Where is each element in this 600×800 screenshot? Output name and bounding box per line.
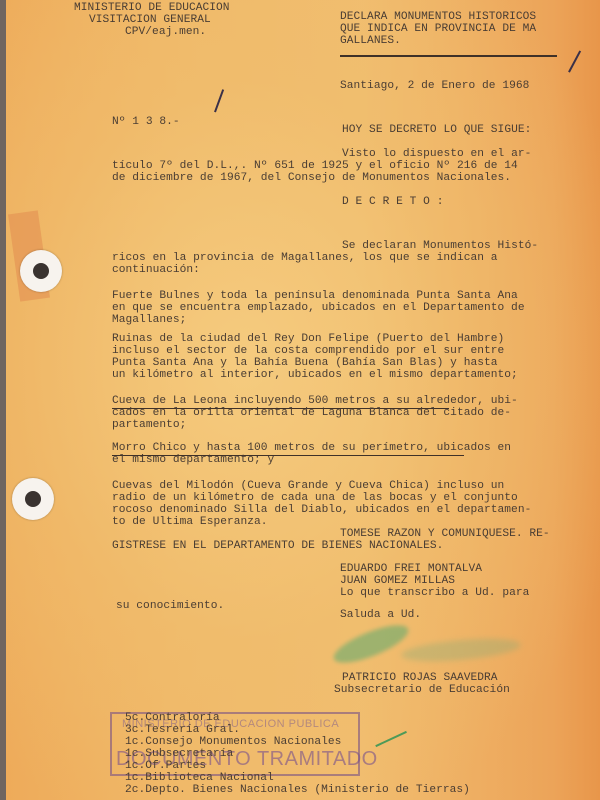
paragraph-line: Visto lo dispuesto en el ar- [342, 148, 531, 160]
signatory-name: EDUARDO FREI MONTALVA [340, 563, 482, 575]
document-page: MINISTERIO DE EDUCACION VISITACION GENER… [6, 0, 600, 800]
distribution-item: 2c.Depto. Bienes Nacionales (Ministerio … [125, 784, 470, 796]
distribution-item: 1c.Consejo Monumentos Nacionales [125, 736, 341, 748]
transcription-line: su conocimiento. [116, 600, 224, 612]
paragraph-line: continuación: [112, 264, 200, 276]
paragraph-line: Morro Chico y hasta 100 metros de su per… [112, 442, 511, 454]
distribution-item: 1c.Of.Partes [125, 760, 206, 772]
department-name: VISITACION GENERAL [89, 14, 211, 26]
paragraph-line: TOMESE RAZON Y COMUNIQUESE. RE- [340, 528, 550, 540]
punch-hole-top [20, 250, 62, 292]
paragraph-line: el mismo departamento; y [112, 454, 274, 466]
green-signature-smudge [329, 618, 412, 670]
green-check-mark-icon [375, 731, 406, 747]
paragraph-line: radio de un kilómetro de cada una de las… [112, 492, 518, 504]
paragraph-line: GISTRESE EN EL DEPARTAMENTO DE BIENES NA… [112, 540, 443, 552]
paragraph-line: Ruinas de la ciudad del Rey Don Felipe (… [112, 333, 504, 345]
check-mark-icon [214, 89, 224, 112]
salutation: Saluda a Ud. [340, 609, 421, 621]
paragraph-line: de diciembre de 1967, del Consejo de Mon… [112, 172, 511, 184]
decree-number: Nº 1 3 8.- [112, 116, 180, 128]
paragraph-line: to de Ultima Esperanza. [112, 516, 268, 528]
distribution-item: 5c.Contraloría [125, 712, 220, 724]
transcription-line: Lo que transcribo a Ud. para [340, 587, 529, 599]
paragraph-line: en que se encuentra emplazado, ubicados … [112, 302, 525, 314]
signer-title: Subsecretario de Educación [334, 684, 510, 696]
document-date: Santiago, 2 de Enero de 1968 [340, 80, 529, 92]
paragraph-line: rocoso denominado Silla del Diablo, ubic… [112, 504, 531, 516]
paragraph-line: incluso el sector de la costa comprendid… [112, 345, 504, 357]
paragraph-line: un kilómetro al interior, ubicados en el… [112, 369, 518, 381]
punch-hole-bottom [12, 478, 54, 520]
subject-line: QUE INDICA EN PROVINCIA DE MA [340, 23, 536, 35]
decreto-heading: D E C R E T O : [342, 196, 443, 208]
paragraph-line: partamento; [112, 419, 186, 431]
distribution-item: 1c.Biblioteca Nacional [125, 772, 274, 784]
paragraph-line: Cuevas del Milodón (Cueva Grande y Cueva… [112, 480, 504, 492]
paragraph-line: ricos en la provincia de Magallanes, los… [112, 252, 498, 264]
subject-line: DECLARA MONUMENTOS HISTORICOS [340, 11, 536, 23]
paragraph-line: cados en la orilla oriental de Laguna Bl… [112, 407, 511, 419]
paragraph-line: Punta Santa Ana y la Bahía Buena (Bahía … [112, 357, 498, 369]
signer-name: PATRICIO ROJAS SAAVEDRA [342, 672, 498, 684]
paragraph-line: Se declaran Monumentos Histó- [342, 240, 538, 252]
ministry-name: MINISTERIO DE EDUCACION [74, 2, 230, 14]
check-mark-icon [568, 50, 581, 72]
green-signature-smudge [400, 635, 521, 665]
paragraph-line: Fuerte Bulnes y toda la península denomi… [112, 290, 518, 302]
opening-statement: HOY SE DECRETO LO QUE SIGUE: [342, 124, 531, 136]
signatory-name: JUAN GOMEZ MILLAS [340, 575, 455, 587]
reference-code: CPV/eaj.men. [125, 26, 206, 38]
paragraph-line: tículo 7º del D.L.,. Nº 651 de 1925 y el… [112, 160, 518, 172]
distribution-item: 3c.Tesrería Gral. [125, 724, 240, 736]
paragraph-line: Cueva de La Leona incluyendo 500 metros … [112, 395, 518, 407]
paragraph-line: Magallanes; [112, 314, 186, 326]
subject-line: GALLANES. [340, 35, 401, 47]
distribution-item: 1c.Subsecretaría [125, 748, 233, 760]
subject-rule [340, 55, 557, 57]
